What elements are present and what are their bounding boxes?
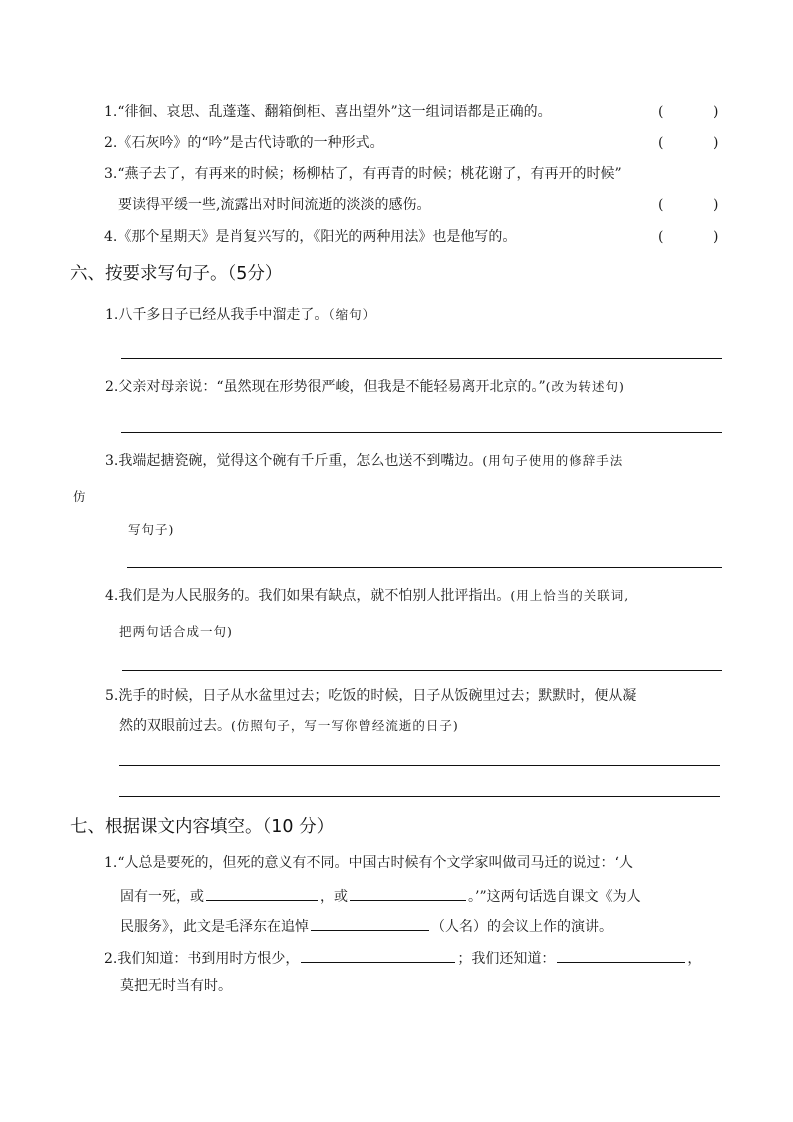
fill-blank[interactable] <box>311 914 429 931</box>
answer-paren-open: ( <box>658 227 663 247</box>
answer-line[interactable] <box>127 567 722 568</box>
answer-paren-open: ( <box>658 195 663 215</box>
question-text: ， <box>687 951 701 967</box>
s6-question-4: 4.我们是为人民服务的。我们如果有缺点，就不怕别人批评指出。(用上恰当的关联词, <box>105 586 629 606</box>
answer-line[interactable] <box>119 765 720 766</box>
answer-line[interactable] <box>121 432 722 433</box>
question-text: ，或 <box>320 889 348 905</box>
fill-blank[interactable] <box>557 946 685 963</box>
section-6-title: 六、按要求写句子。（5分） <box>70 262 282 286</box>
answer-line[interactable] <box>122 670 722 671</box>
question-instruction: (仿照句子，写一写你曾经流逝的日子) <box>231 718 459 733</box>
question-text: 1.八千多日子已经从我手中溜走了。 <box>105 307 328 323</box>
judge-item-3-line2: 要读得平缓一些,流露出对时间流逝的淡淡的感伤。 <box>118 195 430 215</box>
s6-question-2: 2.父亲对母亲说：“虽然现在形势很严峻，但我是不能轻易离开北京的。”(改为转述句… <box>105 377 625 397</box>
judge-item-3: 3.“燕子去了，有再来的时候；杨柳枯了，有再青的时候；桃花谢了，有再开的时候” <box>104 164 622 184</box>
answer-paren-open: ( <box>658 102 663 122</box>
answer-line[interactable] <box>119 796 720 797</box>
section-7-title: 七、根据课文内容填空。（10 分） <box>70 815 334 839</box>
question-text: ；我们还知道： <box>457 951 555 967</box>
answer-paren-close: ) <box>713 195 718 215</box>
answer-paren-close: ) <box>713 227 718 247</box>
answer-paren-close: ) <box>713 102 718 122</box>
question-text: （人名）的会议上作的演讲。 <box>431 919 613 935</box>
question-text: 然的双眼前过去。 <box>119 718 231 734</box>
question-text: 2.父亲对母亲说：“虽然现在形势很严峻，但我是不能轻易离开北京的。” <box>105 379 546 395</box>
fill-blank[interactable] <box>350 884 466 901</box>
answer-paren-close: ) <box>713 133 718 153</box>
question-instruction: (改为转述句) <box>546 379 625 394</box>
judge-item-2: 2.《石灰吟》的“吟”是古代诗歌的一种形式。 <box>104 133 384 153</box>
question-instruction: (用句子使用的修辞手法 <box>482 453 623 468</box>
s7-question-1-line2: 固有一死，或，或。’”这两句话选自课文《为人 <box>120 884 641 907</box>
s6-question-5: 5.洗手的时候，日子从水盆里过去；吃饭的时候，日子从饭碗里过去；默默时，便从凝 <box>105 686 636 706</box>
s6-question-3: 3.我端起搪瓷碗，觉得这个碗有千斤重，怎么也送不到嘴边。(用句子使用的修辞手法 <box>105 451 623 471</box>
question-text: 2.我们知道：书到用时方恨少， <box>104 951 299 967</box>
question-text: 固有一死，或 <box>120 889 204 905</box>
answer-line[interactable] <box>121 358 722 359</box>
question-instruction: （缩句） <box>328 307 376 322</box>
s6-question-5-line2: 然的双眼前过去。(仿照句子，写一写你曾经流逝的日子) <box>119 716 459 736</box>
question-text: 3.我端起搪瓷碗，觉得这个碗有千斤重，怎么也送不到嘴边。 <box>105 453 482 469</box>
fill-blank[interactable] <box>206 884 318 901</box>
answer-paren-open: ( <box>658 133 663 153</box>
question-instruction-cont: 把两句话合成一句) <box>119 622 233 642</box>
judge-item-1: 1.“徘徊、哀思、乱蓬蓬、翻箱倒柜、喜出望外”这一组词语都是正确的。 <box>104 102 552 122</box>
s7-question-1-line3: 民服务》，此文是毛泽东在追悼（人名）的会议上作的演讲。 <box>120 914 613 937</box>
s7-question-1: 1.“人总是要死的，但死的意义有不同。中国古时候有个文学家叫做司马迁的说过：‘人 <box>104 853 633 873</box>
question-text: 4.我们是为人民服务的。我们如果有缺点，就不怕别人批评指出。 <box>105 588 510 604</box>
question-instruction: (用上恰当的关联词, <box>510 588 629 603</box>
s6-question-1: 1.八千多日子已经从我手中溜走了。（缩句） <box>105 305 376 325</box>
question-text: 。’”这两句话选自课文《为人 <box>468 889 641 905</box>
question-instruction-cont: 仿 <box>73 487 87 507</box>
judge-item-4: 4.《那个星期天》是肖复兴写的，《阳光的两种用法》也是他写的。 <box>104 227 516 247</box>
fill-blank[interactable] <box>301 946 455 963</box>
s7-question-2: 2.我们知道：书到用时方恨少，；我们还知道：， <box>104 946 701 969</box>
s7-question-2-line2: 莫把无时当有时。 <box>120 976 232 996</box>
question-text: 民服务》，此文是毛泽东在追悼 <box>120 919 309 935</box>
question-instruction-cont: 写句子) <box>128 520 174 540</box>
